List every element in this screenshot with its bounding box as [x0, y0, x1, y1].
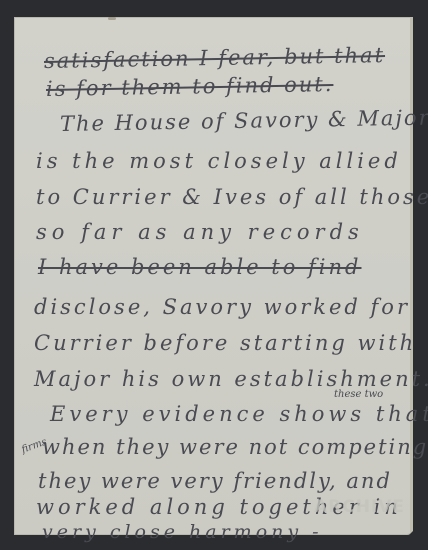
handwritten-line-8: disclose, Savory worked for [34, 295, 410, 319]
handwritten-line-12: when they were not competing, [42, 435, 428, 459]
handwritten-line-10: Major his own establishment. [34, 367, 428, 391]
archive-watermark: ARCHIVE [314, 497, 405, 517]
interlinear-insert: these two [334, 389, 383, 400]
handwritten-line-5: to Currier & Ives of all those [36, 185, 428, 209]
handwritten-line-1: satisfaction I fear, but that [44, 43, 385, 73]
handwritten-line-15: very close harmony - [42, 521, 323, 543]
handwritten-line-11: Every evidence shows that [50, 402, 428, 426]
handwritten-line-7-struck: I have been able to find [38, 255, 361, 279]
handwritten-line-13: they were very friendly, and [38, 469, 392, 493]
handwritten-line-3: The House of Savory & Major [60, 106, 428, 136]
handwritten-line-9: Currier before starting with [34, 331, 416, 355]
letter-page: satisfaction I fear, but that is for the… [14, 17, 413, 535]
handwritten-line-4: is the most closely allied [36, 149, 402, 173]
handwritten-line-6: so far as any records [36, 220, 364, 244]
handwritten-line-2: is for them to find out. [46, 72, 334, 101]
paper-stain [108, 17, 116, 20]
